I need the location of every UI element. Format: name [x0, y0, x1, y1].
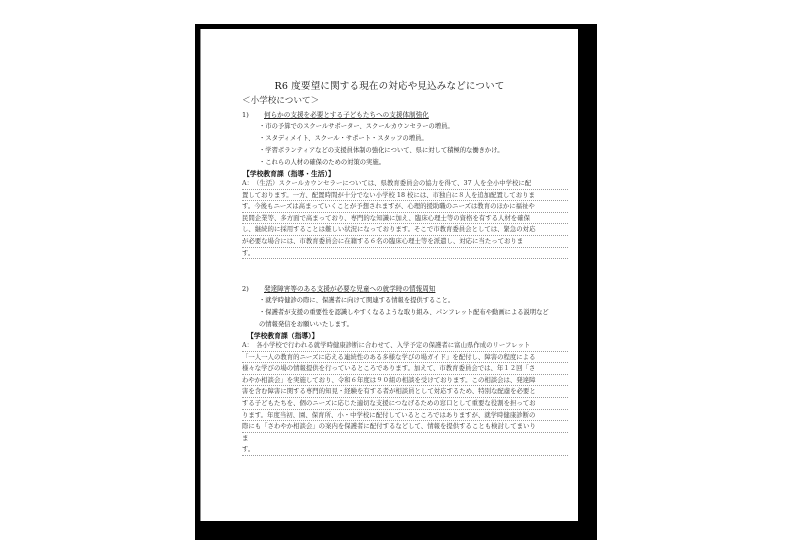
- item-2-number: 2): [242, 285, 264, 293]
- item-1-bullet-1: ・市の予算でのスクールサポーター、スクールカウンセラーの増員。: [259, 123, 454, 131]
- item-1-number: 1): [242, 111, 264, 119]
- document-page: R6 度要望に関する現在の対応や見込みなどについて ＜小学校について＞ 1)何ら…: [200, 29, 578, 521]
- answer-line: ま: [242, 433, 568, 445]
- answer-line: A： 各小学校で行われる就学時健康診断に合わせて、入学予定の保護者に富山県作成の…: [242, 340, 568, 352]
- item-1-answer: A： （生活）スクールカウンセラーについては、県教育委員会の協力を得て、37 人…: [242, 178, 568, 259]
- item-2-bullet-2: ・保護者が支援の重要性を認識しやすくなるような取り組み、パンフレット配布や動画に…: [259, 309, 549, 317]
- item-1-department: 【学校教育課（指導・生活）】: [243, 170, 335, 178]
- answer-line: わやか相談会」を実施しており、令和６年度は９０組の相談を受けております。この相談…: [242, 375, 568, 387]
- answer-line: が必要な場合には、市教育委員会に在籍する６名の臨床心理士等を派遣し、対応に当たっ…: [242, 236, 568, 248]
- item-1-bullet-2: ・スタディメイト、スクール・サポート・スタッフの増員。: [259, 135, 428, 143]
- item-2-department: 【学校教育課（指導）】: [247, 332, 318, 340]
- item-1-bullet-3: ・学習ボランティアなどの支援員体制の強化について、県に対して積極的な働きかけ。: [259, 147, 504, 155]
- answer-line: 際にも「さわやか相談会」の案内を保護者に配付するなどして、情報を提供することも検…: [242, 421, 568, 433]
- answer-line: 「一人一人の教育的ニーズに応える連続性のある多様な学びの場ガイド」を配付し、障害…: [242, 352, 568, 364]
- section-heading: ＜小学校について＞: [242, 97, 319, 105]
- answer-line: する子どもたちを、個のニーズに応じた適切な支援につなげるための窓口として重要な役…: [242, 398, 568, 410]
- item-2-bullet-3: の情報発信をお願いいたします。: [259, 321, 353, 329]
- item-1-heading: 何らかの支援を必要とする子どもたちへの支援体制強化: [264, 111, 429, 119]
- answer-line: し、継続的に採用することは難しい状況になっております。そこで市教育委員会としては…: [242, 224, 568, 236]
- answer-line: 民間企業等、多方面で高まっており、専門的な知識に加え、臨床心理士等の資格を有する…: [242, 213, 568, 225]
- item-2-bullet-1: ・就学時健診の際に、保護者に向けて関連する情報を提供すること。: [259, 297, 454, 305]
- item-2-heading: 発達障害等のある支援が必要な児童への就学時の情報周知: [264, 285, 435, 293]
- answer-line: す。: [242, 248, 568, 260]
- item-2-heading-row: 2)発達障害等のある支援が必要な児童への就学時の情報周知: [242, 285, 435, 293]
- item-1-heading-row: 1)何らかの支援を必要とする子どもたちへの支援体制強化: [242, 111, 429, 119]
- document-content: R6 度要望に関する現在の対応や見込みなどについて ＜小学校について＞ 1)何ら…: [201, 29, 578, 521]
- answer-line: 置しております。一方、配置時間が十分でない小学校 18 校には、市独自に８人を追…: [242, 190, 568, 202]
- item-2-answer: A： 各小学校で行われる就学時健康診断に合わせて、入学予定の保護者に富山県作成の…: [242, 340, 568, 456]
- answer-line: A： （生活）スクールカウンセラーについては、県教育委員会の協力を得て、37 人…: [242, 178, 568, 190]
- answer-line: す。今後もニーズは高まっていくことが予想されますが、心理的援助職のニーズは教育の…: [242, 201, 568, 213]
- answer-line: す。: [242, 444, 568, 456]
- document-title: R6 度要望に関する現在の対応や見込みなどについて: [201, 78, 578, 92]
- answer-line: 様々な学びの場の情報提供を行っているところであります。加えて、市教育委員会では、…: [242, 363, 568, 375]
- answer-line: 害を含む障害に関する専門的知見・経験を有する者が相談員として対応するため、特別な…: [242, 386, 568, 398]
- item-1-bullet-4: ・これらの人材の確保のための対策の実施。: [259, 159, 385, 167]
- answer-line: ります。年度当初、園、保育所、小・中学校に配付しているところではありますが、就学…: [242, 410, 568, 422]
